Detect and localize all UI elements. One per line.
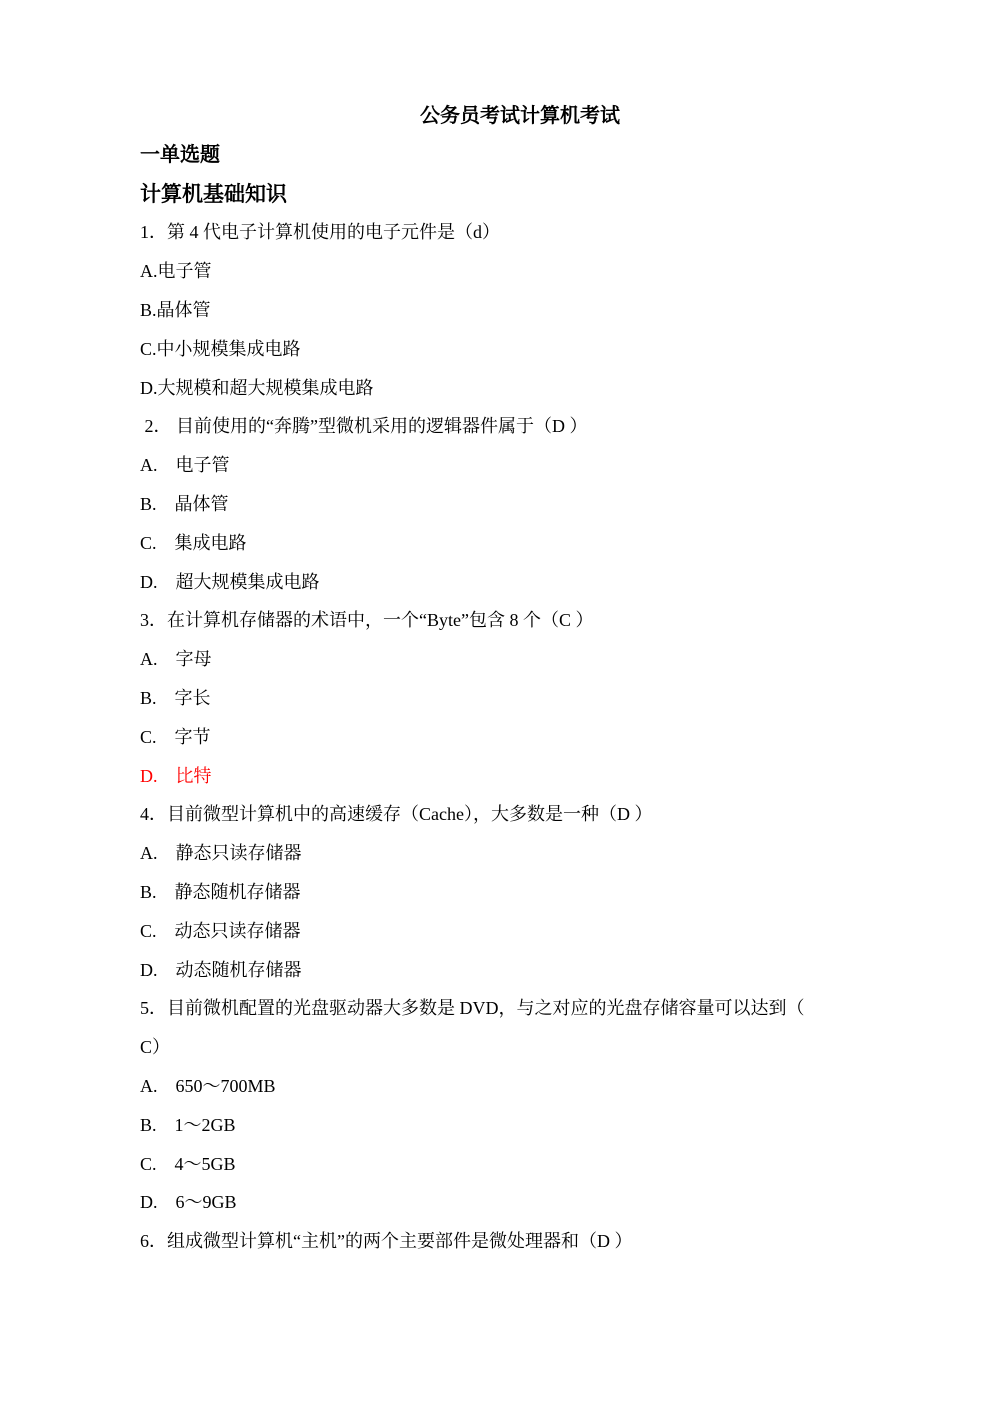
question-5-option-a: A. 650～700MB	[140, 1067, 862, 1106]
question-4-option-c: C. 动态只读存储器	[140, 912, 862, 951]
question-3-option-d-highlighted: D. 比特	[140, 757, 862, 796]
question-6-stem: 6．组成微型计算机“主机”的两个主要部件是微处理器和（D ）	[140, 1222, 862, 1261]
question-3-option-b: B. 字长	[140, 679, 862, 718]
question-1-option-d: D.大规模和超大规模集成电路	[140, 369, 862, 408]
question-5-option-d: D. 6～9GB	[140, 1183, 862, 1222]
question-4-option-a: A. 静态只读存储器	[140, 834, 862, 873]
question-1-stem: 1．第 4 代电子计算机使用的电子元件是（d）	[140, 213, 862, 252]
question-2-option-c: C. 集成电路	[140, 524, 862, 563]
question-2-option-d: D. 超大规模集成电路	[140, 563, 862, 602]
question-5-option-c: C. 4～5GB	[140, 1145, 862, 1184]
question-2-option-a: A. 电子管	[140, 446, 862, 485]
question-1-option-a: A.电子管	[140, 252, 862, 291]
question-3-option-c: C. 字节	[140, 718, 862, 757]
section-heading-single-choice: 一单选题	[140, 136, 862, 175]
question-5-stem-line2: C）	[140, 1028, 862, 1067]
document-body: 公务员考试计算机考试 一单选题 计算机基础知识 1．第 4 代电子计算机使用的电…	[140, 97, 862, 1261]
document-title: 公务员考试计算机考试	[140, 97, 862, 136]
question-1-option-b: B.晶体管	[140, 291, 862, 330]
question-4-stem: 4．目前微型计算机中的高速缓存（Cache），大多数是一种（D ）	[140, 795, 862, 834]
question-3-option-a: A. 字母	[140, 640, 862, 679]
question-5-option-b: B. 1～2GB	[140, 1106, 862, 1145]
question-2-option-b: B. 晶体管	[140, 485, 862, 524]
question-5-stem-line1: 5．目前微机配置的光盘驱动器大多数是 DVD，与之对应的光盘存储容量可以达到（	[140, 989, 862, 1028]
question-2-stem: 2． 目前使用的“奔腾”型微机采用的逻辑器件属于（D ）	[140, 407, 862, 446]
question-4-option-d: D. 动态随机存储器	[140, 951, 862, 990]
document-page: 公务员考试计算机考试 一单选题 计算机基础知识 1．第 4 代电子计算机使用的电…	[0, 0, 993, 1404]
question-4-option-b: B. 静态随机存储器	[140, 873, 862, 912]
question-1-option-c: C.中小规模集成电路	[140, 330, 862, 369]
question-3-stem: 3．在计算机存储器的术语中，一个“Byte”包含 8 个（C ）	[140, 601, 862, 640]
topic-heading-computer-basics: 计算机基础知识	[140, 175, 862, 214]
